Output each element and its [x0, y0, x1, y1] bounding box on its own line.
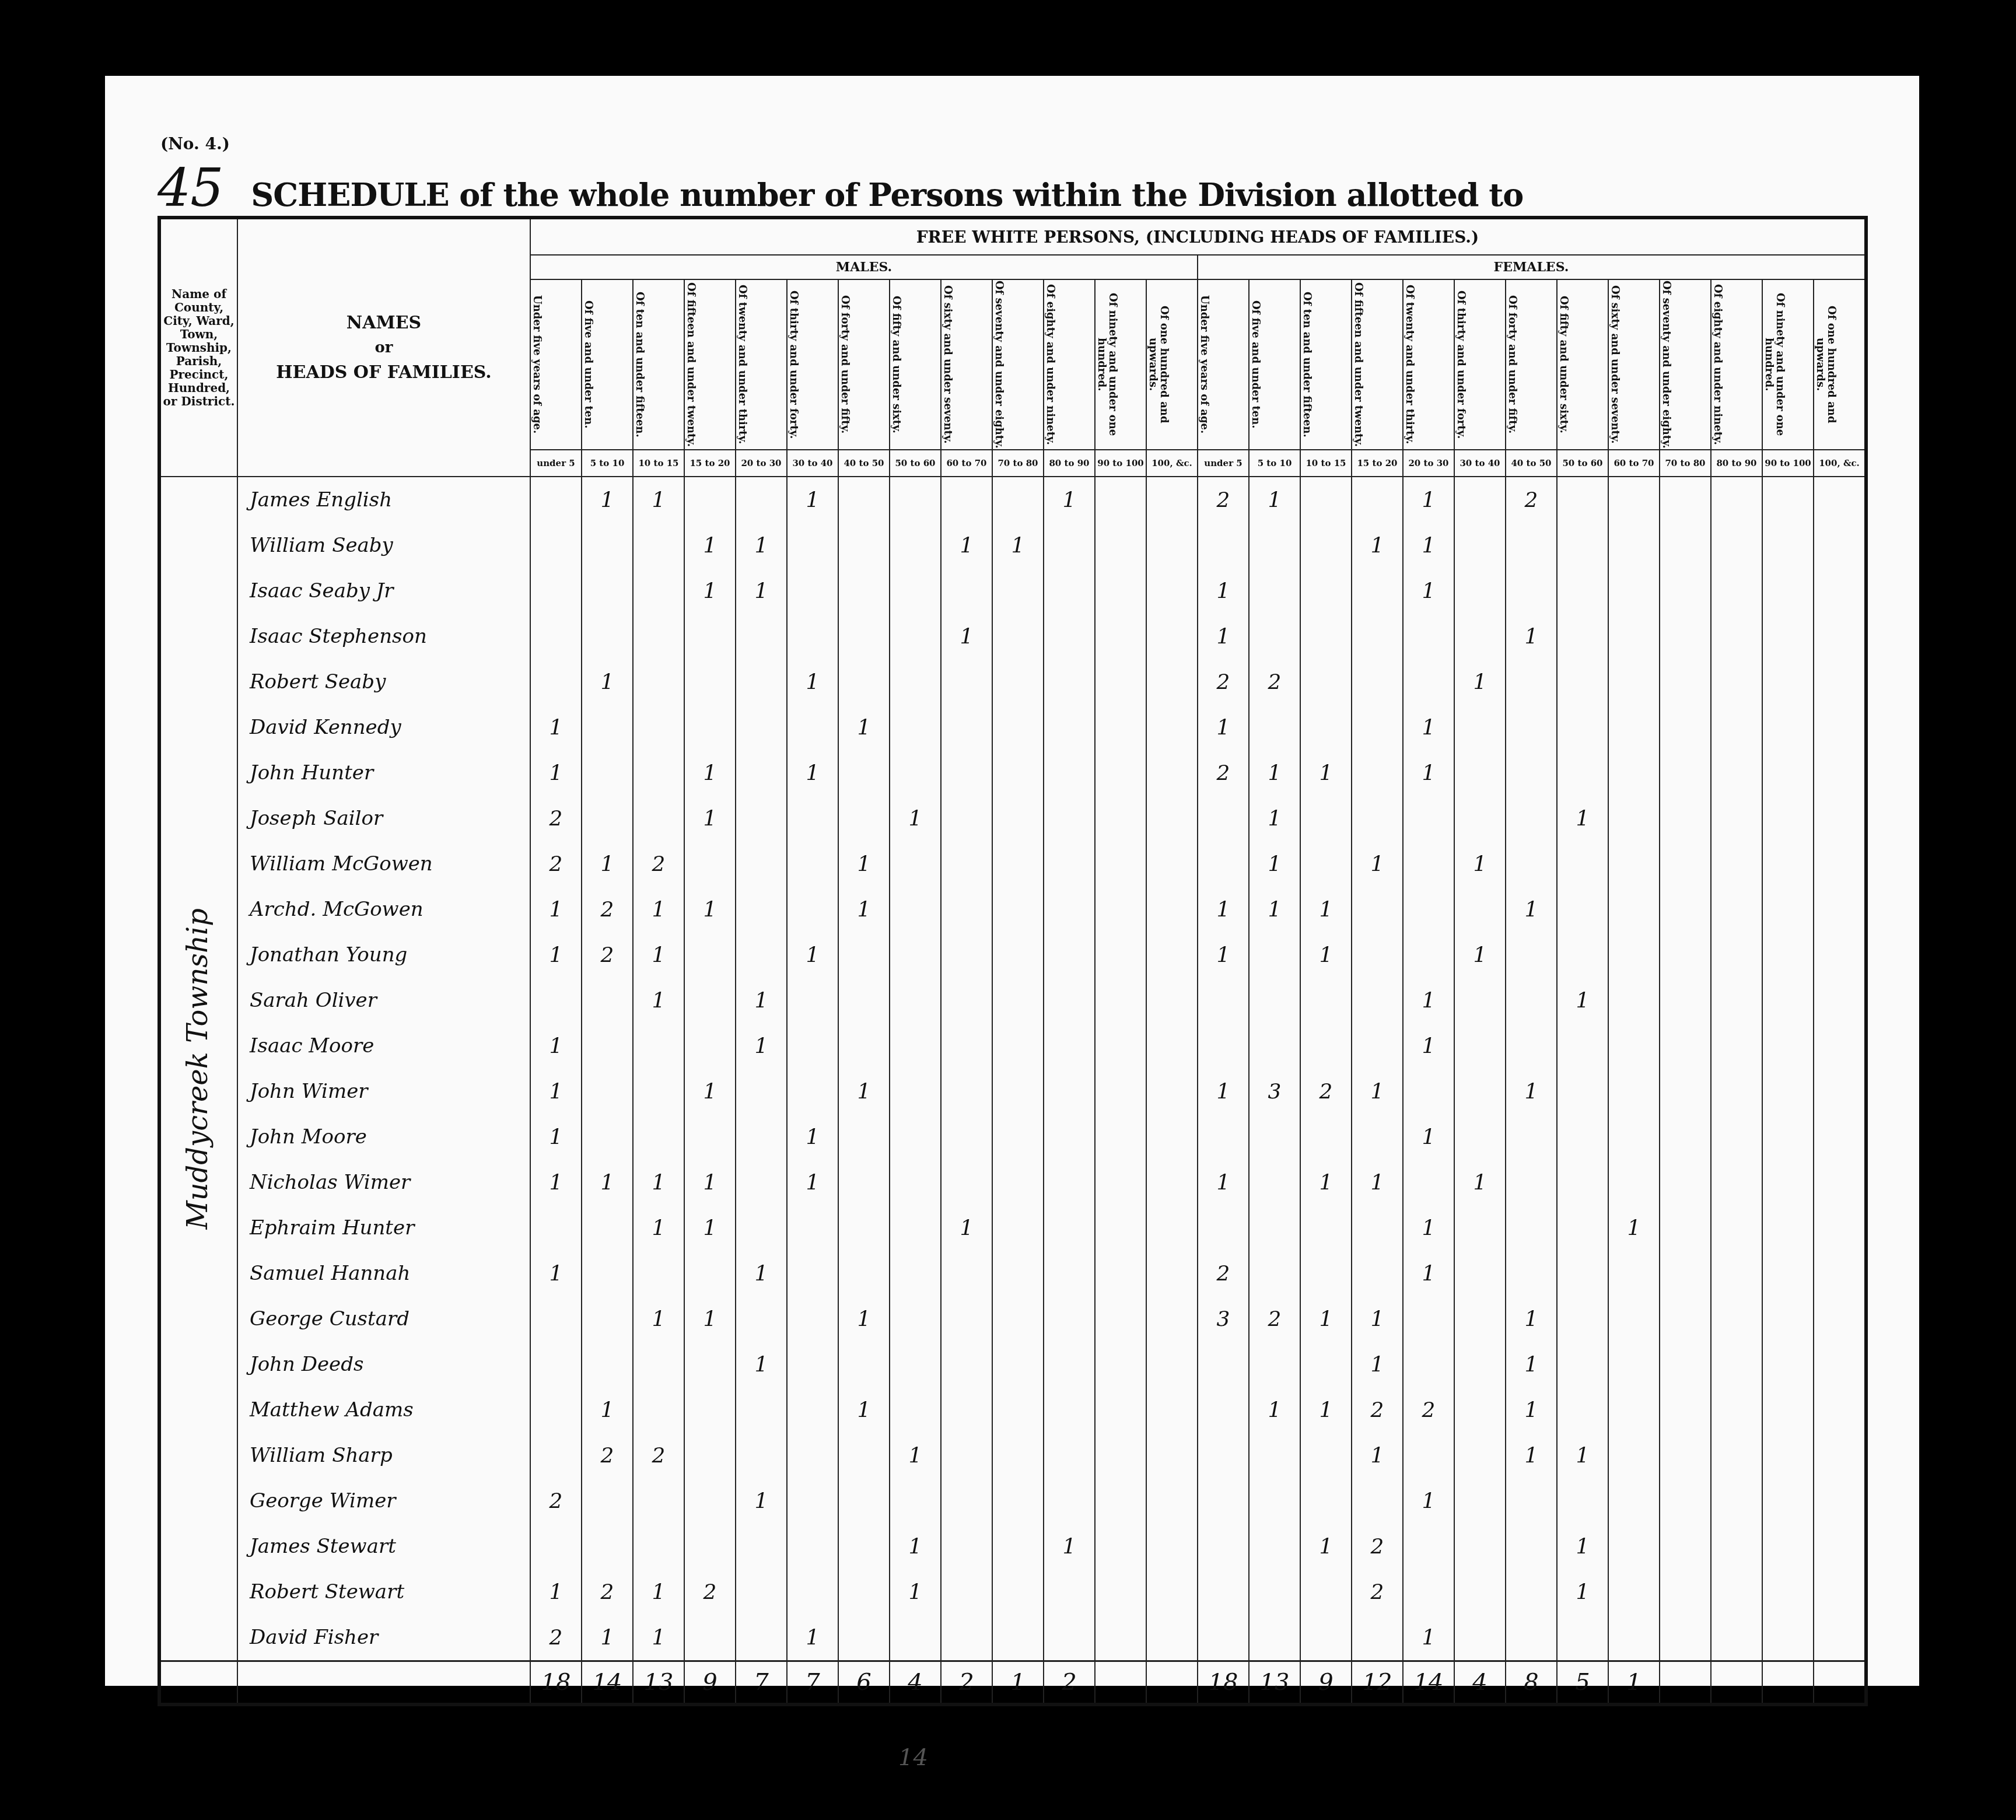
male-count-cell [941, 932, 992, 978]
female-count-cell [1814, 614, 1866, 659]
table-row: William McGowen2121111 [159, 841, 1866, 887]
female-age-range: 5 to 10 [1249, 450, 1300, 477]
female-count-cell [1506, 1615, 1557, 1661]
male-count-cell [838, 1524, 890, 1569]
male-count-cell [941, 1342, 992, 1387]
female-age-range: 60 to 70 [1608, 450, 1660, 477]
female-count-cell [1608, 1342, 1660, 1387]
female-count-cell [1762, 1251, 1814, 1296]
male-count-cell [1146, 1069, 1198, 1114]
table-row: John Hunter1112111 [159, 750, 1866, 796]
female-count-cell [1814, 796, 1866, 841]
female-total-cell: 9 [1300, 1661, 1352, 1705]
male-count-cell [1146, 1478, 1198, 1524]
male-total-cell: 2 [941, 1661, 992, 1705]
male-count-cell [1146, 1524, 1198, 1569]
female-count-cell: 2 [1198, 477, 1249, 523]
female-count-cell: 1 [1300, 1160, 1352, 1205]
female-count-cell [1557, 659, 1608, 705]
male-count-cell [1095, 1342, 1146, 1387]
female-count-cell [1762, 614, 1814, 659]
male-count-cell [530, 523, 582, 568]
male-count-cell: 1 [992, 523, 1044, 568]
male-count-cell [890, 887, 941, 932]
female-count-cell [1300, 841, 1352, 887]
male-count-cell [633, 705, 684, 750]
female-count-cell [1814, 523, 1866, 568]
female-count-cell [1198, 1524, 1249, 1569]
male-count-cell [1095, 1114, 1146, 1160]
female-count-cell [1711, 750, 1762, 796]
male-count-cell: 1 [736, 568, 787, 614]
female-total-cell [1660, 1661, 1711, 1705]
female-count-cell [1300, 796, 1352, 841]
female-count-cell [1608, 1114, 1660, 1160]
female-count-cell [1711, 659, 1762, 705]
male-count-cell [838, 1569, 890, 1615]
male-count-cell [1146, 705, 1198, 750]
male-count-cell [787, 978, 838, 1023]
female-age-desc: Of ninety and under one hundred. [1762, 279, 1814, 450]
form-number: (No. 4.) [160, 134, 230, 153]
female-total-cell: 4 [1454, 1661, 1506, 1705]
female-count-cell [1762, 568, 1814, 614]
male-count-cell: 1 [838, 887, 890, 932]
female-count-cell [1814, 1205, 1866, 1251]
female-count-cell [1711, 523, 1762, 568]
female-count-cell [1454, 1296, 1506, 1342]
male-count-cell: 1 [890, 1524, 941, 1569]
male-age-range: 60 to 70 [941, 450, 992, 477]
male-count-cell [530, 568, 582, 614]
male-count-cell [838, 659, 890, 705]
male-age-range: 70 to 80 [992, 450, 1044, 477]
female-count-cell: 1 [1352, 841, 1403, 887]
male-count-cell [992, 978, 1044, 1023]
male-count-cell [582, 1205, 633, 1251]
male-count-cell [530, 1205, 582, 1251]
female-count-cell [1454, 1615, 1506, 1661]
male-count-cell: 1 [684, 523, 736, 568]
female-count-cell [1506, 1023, 1557, 1069]
male-count-cell: 1 [787, 1615, 838, 1661]
female-count-cell [1300, 1114, 1352, 1160]
female-count-cell [1608, 1296, 1660, 1342]
male-age-range: 100, &c. [1146, 450, 1198, 477]
table-row: Muddycreek TownshipJames English11112112 [159, 477, 1866, 523]
male-count-cell [838, 750, 890, 796]
male-count-cell [582, 1342, 633, 1387]
male-count-cell [1044, 1069, 1095, 1114]
male-age-range: 15 to 20 [684, 450, 736, 477]
male-count-cell [1146, 796, 1198, 841]
male-count-cell [1146, 932, 1198, 978]
male-count-cell [787, 1524, 838, 1569]
age-desc-text: Of seventy and under eighty. [1660, 280, 1671, 449]
male-total-cell [1146, 1661, 1198, 1705]
male-count-cell [736, 932, 787, 978]
male-count-cell: 1 [633, 1160, 684, 1205]
table-row: Samuel Hannah1121 [159, 1251, 1866, 1296]
female-count-cell: 1 [1403, 750, 1454, 796]
female-count-cell [1608, 796, 1660, 841]
male-count-cell [1146, 1114, 1198, 1160]
female-count-cell [1711, 1478, 1762, 1524]
female-count-cell [1608, 568, 1660, 614]
male-count-cell [890, 1205, 941, 1251]
male-count-cell: 1 [633, 477, 684, 523]
district-header: Name of County, City, Ward, Town, Townsh… [159, 218, 237, 477]
male-count-cell [787, 614, 838, 659]
head-of-family-name: William Seaby [237, 523, 530, 568]
male-count-cell [941, 477, 992, 523]
table-row: Joseph Sailor21111 [159, 796, 1866, 841]
female-count-cell: 1 [1403, 568, 1454, 614]
female-count-cell [1608, 1478, 1660, 1524]
male-count-cell: 1 [736, 978, 787, 1023]
female-count-cell: 2 [1249, 659, 1300, 705]
female-count-cell: 1 [1300, 750, 1352, 796]
male-count-cell [992, 1569, 1044, 1615]
male-total-cell: 7 [736, 1661, 787, 1705]
male-count-cell [736, 659, 787, 705]
female-count-cell [1608, 659, 1660, 705]
male-count-cell [1146, 1433, 1198, 1478]
male-count-cell [992, 1023, 1044, 1069]
male-count-cell [890, 1069, 941, 1114]
male-count-cell: 2 [582, 887, 633, 932]
female-count-cell [1814, 1069, 1866, 1114]
male-count-cell [1095, 932, 1146, 978]
head-of-family-name: Robert Stewart [237, 1569, 530, 1615]
male-count-cell [1146, 1205, 1198, 1251]
female-count-cell [1352, 1478, 1403, 1524]
male-count-cell [838, 932, 890, 978]
male-count-cell [736, 1296, 787, 1342]
male-count-cell [838, 568, 890, 614]
male-count-cell [890, 1296, 941, 1342]
male-count-cell [684, 1342, 736, 1387]
male-count-cell: 1 [838, 1069, 890, 1114]
female-count-cell [1660, 523, 1711, 568]
female-age-desc: Of fifty and under sixty. [1557, 279, 1608, 450]
female-count-cell [1660, 1387, 1711, 1433]
head-of-family-name: John Hunter [237, 750, 530, 796]
head-of-family-name: George Custard [237, 1296, 530, 1342]
male-count-cell [736, 1114, 787, 1160]
male-count-cell [838, 1342, 890, 1387]
female-count-cell: 1 [1557, 796, 1608, 841]
male-count-cell [941, 1114, 992, 1160]
female-count-cell [1403, 932, 1454, 978]
female-count-cell [1506, 705, 1557, 750]
female-age-desc: Of twenty and under thirty. [1403, 279, 1454, 450]
female-count-cell: 1 [1249, 750, 1300, 796]
male-count-cell: 1 [582, 477, 633, 523]
male-age-desc: Of seventy and under eighty. [992, 279, 1044, 450]
female-count-cell: 2 [1352, 1387, 1403, 1433]
male-count-cell [1095, 1615, 1146, 1661]
female-count-cell [1660, 1524, 1711, 1569]
male-age-desc: Of ten and under fifteen. [633, 279, 684, 450]
male-total-cell: 4 [890, 1661, 941, 1705]
male-count-cell [1044, 1478, 1095, 1524]
female-count-cell [1711, 1387, 1762, 1433]
male-count-cell: 1 [787, 1114, 838, 1160]
female-count-cell [1557, 1023, 1608, 1069]
female-count-cell: 1 [1506, 1433, 1557, 1478]
female-count-cell [1762, 978, 1814, 1023]
male-count-cell [736, 750, 787, 796]
male-count-cell: 1 [582, 841, 633, 887]
age-desc-text: Of eighty and under ninety. [1711, 280, 1723, 449]
female-count-cell [1249, 1569, 1300, 1615]
female-count-cell [1814, 1251, 1866, 1296]
female-count-cell [1454, 614, 1506, 659]
table-row: David Fisher21111 [159, 1615, 1866, 1661]
female-count-cell [1506, 568, 1557, 614]
female-count-cell: 1 [1506, 1387, 1557, 1433]
male-count-cell [838, 1114, 890, 1160]
male-count-cell: 1 [582, 1615, 633, 1661]
male-count-cell [633, 614, 684, 659]
female-count-cell [1300, 614, 1352, 659]
female-count-cell [1198, 1205, 1249, 1251]
female-count-cell [1506, 1205, 1557, 1251]
female-count-cell: 1 [1506, 1296, 1557, 1342]
male-count-cell: 1 [941, 1205, 992, 1251]
female-count-cell [1557, 523, 1608, 568]
female-count-cell [1762, 1387, 1814, 1433]
female-count-cell [1762, 1433, 1814, 1478]
male-count-cell [684, 1478, 736, 1524]
male-age-range: 80 to 90 [1044, 450, 1095, 477]
female-count-cell [1249, 1160, 1300, 1205]
head-of-family-name: Joseph Sailor [237, 796, 530, 841]
male-count-cell [530, 477, 582, 523]
female-total-cell [1711, 1661, 1762, 1705]
male-count-cell [1146, 1342, 1198, 1387]
age-desc-text: Under five years of age. [531, 280, 542, 449]
female-count-cell [1660, 1433, 1711, 1478]
female-count-cell [1762, 796, 1814, 841]
female-count-cell [1711, 1569, 1762, 1615]
male-count-cell: 1 [684, 1160, 736, 1205]
female-count-cell [1762, 1023, 1814, 1069]
male-count-cell [736, 614, 787, 659]
female-count-cell: 1 [1300, 932, 1352, 978]
female-count-cell: 1 [1403, 1023, 1454, 1069]
male-count-cell [941, 1524, 992, 1569]
age-desc-text: Of twenty and under thirty. [1403, 280, 1415, 449]
male-count-cell [1146, 614, 1198, 659]
age-desc-text: Of thirty and under forty. [787, 280, 799, 449]
male-count-cell [1044, 1114, 1095, 1160]
female-count-cell [1454, 1387, 1506, 1433]
female-age-desc: Of fifteen and under twenty. [1352, 279, 1403, 450]
male-count-cell: 1 [633, 1296, 684, 1342]
female-age-desc: Of sixty and under seventy. [1608, 279, 1660, 450]
female-count-cell: 1 [1557, 1433, 1608, 1478]
male-count-cell [1095, 705, 1146, 750]
male-count-cell [684, 1251, 736, 1296]
male-count-cell [787, 1478, 838, 1524]
male-count-cell [1095, 1251, 1146, 1296]
female-count-cell [1557, 568, 1608, 614]
female-count-cell [1711, 568, 1762, 614]
male-count-cell [941, 1251, 992, 1296]
male-age-range: 40 to 50 [838, 450, 890, 477]
male-count-cell [1044, 568, 1095, 614]
male-count-cell [736, 1569, 787, 1615]
male-count-cell: 1 [530, 750, 582, 796]
table-row: Nicholas Wimer111111111 [159, 1160, 1866, 1205]
male-count-cell: 2 [684, 1569, 736, 1615]
female-count-cell: 1 [1300, 1296, 1352, 1342]
male-count-cell: 1 [684, 750, 736, 796]
male-count-cell: 1 [530, 1023, 582, 1069]
footer-mark: 14 [898, 1744, 928, 1771]
female-count-cell: 1 [1300, 887, 1352, 932]
head-of-family-name: Robert Seaby [237, 659, 530, 705]
female-count-cell: 2 [1198, 659, 1249, 705]
schedule-title: 45 SCHEDULE of the whole number of Perso… [157, 157, 1523, 219]
female-count-cell [1557, 1478, 1608, 1524]
male-count-cell [1146, 1615, 1198, 1661]
table-row: George Custard11132111 [159, 1296, 1866, 1342]
age-desc-text: Of ninety and under one hundred. [1095, 280, 1118, 449]
male-count-cell: 1 [582, 659, 633, 705]
census-table: Name of County, City, Ward, Town, Townsh… [157, 216, 1868, 1706]
head-of-family-name: David Kennedy [237, 705, 530, 750]
male-count-cell [1044, 750, 1095, 796]
female-count-cell [1557, 1296, 1608, 1342]
male-count-cell [992, 932, 1044, 978]
male-count-cell [530, 1387, 582, 1433]
female-count-cell [1454, 1342, 1506, 1387]
male-count-cell [1146, 978, 1198, 1023]
age-desc-text: Of sixty and under seventy. [942, 280, 953, 449]
male-count-cell: 1 [684, 1296, 736, 1342]
page-number: 45 [157, 157, 223, 219]
male-count-cell [992, 614, 1044, 659]
female-count-cell [1814, 1114, 1866, 1160]
male-count-cell: 1 [530, 1069, 582, 1114]
male-count-cell [890, 1478, 941, 1524]
male-count-cell [633, 796, 684, 841]
male-count-cell: 1 [736, 1478, 787, 1524]
female-count-cell [1762, 1615, 1814, 1661]
female-count-cell [1249, 1433, 1300, 1478]
heads-label: HEADS OF FAMILIES. [238, 362, 530, 383]
female-count-cell [1249, 1114, 1300, 1160]
male-age-range: 50 to 60 [890, 450, 941, 477]
table-row: Matthew Adams1111221 [159, 1387, 1866, 1433]
female-age-range: 40 to 50 [1506, 450, 1557, 477]
male-count-cell [1044, 659, 1095, 705]
female-count-cell [1660, 705, 1711, 750]
female-count-cell [1608, 1069, 1660, 1114]
head-of-family-name: Nicholas Wimer [237, 1160, 530, 1205]
male-count-cell: 1 [684, 796, 736, 841]
female-count-cell [1249, 614, 1300, 659]
female-count-cell [1300, 568, 1352, 614]
female-count-cell: 1 [1249, 477, 1300, 523]
male-count-cell [582, 1251, 633, 1296]
female-age-range: 20 to 30 [1403, 450, 1454, 477]
female-count-cell [1711, 841, 1762, 887]
male-count-cell [992, 1524, 1044, 1569]
male-count-cell: 1 [941, 523, 992, 568]
female-age-range: 90 to 100 [1762, 450, 1814, 477]
female-count-cell [1454, 477, 1506, 523]
female-count-cell [1352, 796, 1403, 841]
female-count-cell [1403, 1069, 1454, 1114]
female-count-cell [1352, 614, 1403, 659]
male-count-cell [941, 978, 992, 1023]
male-count-cell: 1 [530, 1114, 582, 1160]
female-count-cell [1608, 1023, 1660, 1069]
male-count-cell [633, 523, 684, 568]
female-count-cell [1506, 1478, 1557, 1524]
male-count-cell: 2 [582, 932, 633, 978]
male-count-cell [736, 477, 787, 523]
female-count-cell [1300, 705, 1352, 750]
female-count-cell [1608, 1569, 1660, 1615]
female-count-cell [1198, 1433, 1249, 1478]
female-count-cell [1608, 978, 1660, 1023]
male-count-cell [941, 705, 992, 750]
female-count-cell: 1 [1403, 978, 1454, 1023]
female-count-cell [1711, 1251, 1762, 1296]
male-count-cell [787, 1023, 838, 1069]
male-count-cell [684, 1114, 736, 1160]
male-age-desc: Of sixty and under seventy. [941, 279, 992, 450]
female-count-cell [1557, 1160, 1608, 1205]
female-count-cell [1403, 614, 1454, 659]
female-count-cell [1660, 932, 1711, 978]
female-age-desc: Of thirty and under forty. [1454, 279, 1506, 450]
female-count-cell [1711, 1160, 1762, 1205]
female-count-cell [1711, 1296, 1762, 1342]
female-count-cell [1557, 887, 1608, 932]
male-count-cell [787, 841, 838, 887]
male-count-cell [992, 1615, 1044, 1661]
female-count-cell: 2 [1198, 1251, 1249, 1296]
male-count-cell [1095, 1569, 1146, 1615]
male-count-cell [1095, 978, 1146, 1023]
female-count-cell [1454, 887, 1506, 932]
female-count-cell [1454, 1524, 1506, 1569]
age-desc-text: Of forty and under fifty. [1506, 280, 1517, 449]
male-count-cell [1044, 841, 1095, 887]
female-count-cell: 2 [1506, 477, 1557, 523]
female-count-cell [1660, 1342, 1711, 1387]
table-row: George Wimer211 [159, 1478, 1866, 1524]
female-count-cell: 1 [1249, 1387, 1300, 1433]
male-count-cell [1044, 1296, 1095, 1342]
female-count-cell [1300, 978, 1352, 1023]
title-text: SCHEDULE of the whole number of Persons … [251, 176, 1523, 213]
male-count-cell [1044, 614, 1095, 659]
male-count-cell [582, 1296, 633, 1342]
male-count-cell: 1 [890, 1433, 941, 1478]
female-count-cell [1608, 523, 1660, 568]
male-count-cell [1044, 1387, 1095, 1433]
male-count-cell [838, 1160, 890, 1205]
male-count-cell [992, 1205, 1044, 1251]
male-count-cell: 1 [633, 1205, 684, 1251]
